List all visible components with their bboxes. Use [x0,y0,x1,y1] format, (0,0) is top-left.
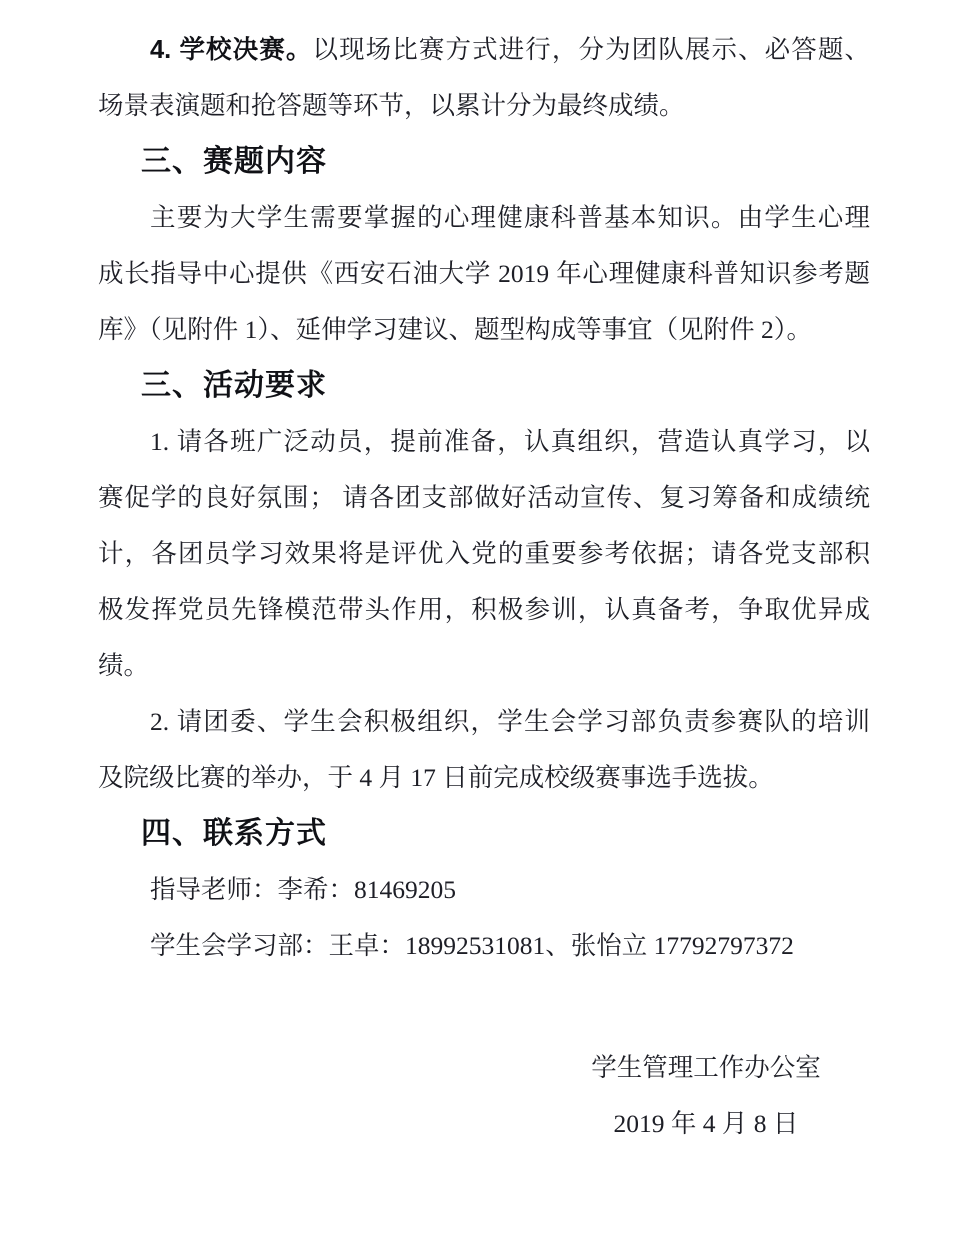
requirements-item1-line5: 绩。 [98,638,870,694]
list-item-school-final-title: 4. 学校决赛。 [150,36,312,64]
signature-organization: 学生管理工作办公室 [440,1040,972,1096]
requirements-item1-line3: 计，各团员学习效果将是评优入党的重要参考依据；请各党支部积 [98,526,870,582]
list-item-school-final-text: 以现场比赛方式进行，分为团队展示、必答题、 [312,35,870,64]
requirements-item2-line2: 及院级比赛的举办，于 4 月 17 日前完成校级赛事选手选拔。 [98,750,870,806]
document-page: 4. 学校决赛。以现场比赛方式进行，分为团队展示、必答题、 场景表演题和抢答题等… [0,0,973,1244]
requirements-item1-line1: 1. 请各班广泛动员，提前准备，认真组织，营造认真学习，以 [98,414,870,470]
heading-contact-info: 四、联系方式 [98,806,870,862]
paragraph-contest-content-line1: 主要为大学生需要掌握的心理健康科普基本知识。由学生心理 [98,190,870,246]
requirements-item1-line2: 赛促学的良好氛围； 请各团支部做好活动宣传、复习筹备和成绩统 [98,470,870,526]
heading-contest-content: 三、赛题内容 [98,134,870,190]
contact-teacher-line: 指导老师：李希：81469205 [98,862,870,918]
heading-activity-requirements: 三、活动要求 [98,358,870,414]
requirements-item1-line4: 极发挥党员先锋模范带头作用，积极参训，认真备考，争取优异成 [98,582,870,638]
paragraph-contest-content-line2: 成长指导中心提供《西安石油大学 2019 年心理健康科普知识参考题 [98,246,870,302]
requirements-item2-line1: 2. 请团委、学生会积极组织，学生会学习部负责参赛队的培训 [98,694,870,750]
paragraph-contest-content-line3: 库》（见附件 1）、延伸学习建议、题型构成等事宜（见附件 2）。 [98,302,870,358]
contact-student-union-line: 学生会学习部：王卓：18992531081、张怡立 17792797372 [98,918,870,974]
document-body: 4. 学校决赛。以现场比赛方式进行，分为团队展示、必答题、 场景表演题和抢答题等… [98,22,870,974]
list-item-school-final-line1: 4. 学校决赛。以现场比赛方式进行，分为团队展示、必答题、 [98,22,870,78]
signature-block: 学生管理工作办公室 2019 年 4 月 8 日 [440,1040,972,1152]
list-item-school-final-line2: 场景表演题和抢答题等环节，以累计分为最终成绩。 [98,78,870,134]
signature-date: 2019 年 4 月 8 日 [440,1096,972,1152]
